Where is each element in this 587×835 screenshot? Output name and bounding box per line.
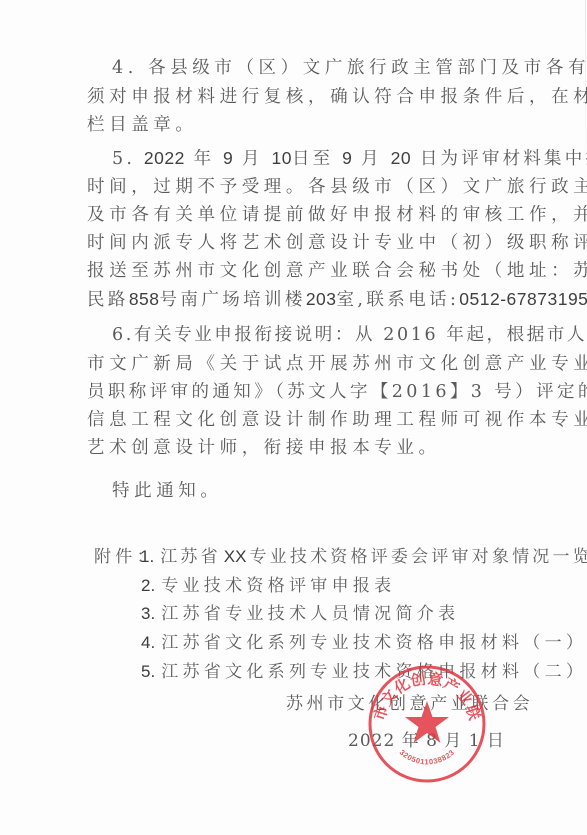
paragraph-5-number: 5.: [112, 149, 135, 169]
paragraph-6-line-2: 市文广新局《关于试点开展苏州市文化创意产业专业技术人: [87, 352, 499, 376]
paragraph-4-line-3: 栏目盖章。: [87, 113, 499, 137]
paragraph-6-line-4: 信息工程文化创意设计制作助理工程师可视作本专业四级: [87, 408, 499, 432]
attachment-item-3: 3.江苏省专业技术人员情况简介表: [141, 602, 459, 626]
paragraph-5-line-1: 5. 2022 年 9 月 10日至 9 月 20 日为评审材料集中报送: [112, 146, 524, 170]
attachment-item-5: 5.江苏省文化系列专业技术资格申报材料（二）: [141, 660, 587, 684]
paragraph-4-line-1: 4. 各县级市（区）文广旅行政主管部门及市各有关单位: [112, 56, 524, 80]
document-page: 4. 各县级市（区）文广旅行政主管部门及市各有关单位 须对申报材料进行复核，确认…: [0, 0, 587, 835]
address-number: 858: [129, 289, 160, 309]
signature-organization: 苏州市文化创意产业联合会: [286, 692, 533, 716]
paragraph-6-line-3: 员职称评审的通知》（苏文人字【2016】3 号）评定的电子: [87, 380, 499, 404]
signature-date: 2022 年 8 月 1 日: [348, 729, 505, 753]
paragraph-5-line-5: 报送至苏州市文化创意产业联合会秘书处（地址：苏州市人: [87, 259, 499, 283]
paragraph-5-line-4: 时间内派专人将艺术创意设计专业中（初）级职称评审材料: [87, 231, 499, 255]
paragraph-5-line-6: 民路858号南广场培训楼203室,联系电话:0512-67873195）。: [87, 287, 499, 311]
attachment-item-1: 1.江苏省XX专业技术资格评委会评审对象情况一览表: [140, 545, 587, 569]
paragraph-5-line-3: 及市各有关单位请提前做好申报材料的审核工作，并在上述: [87, 203, 499, 227]
paragraph-5-line-2: 时间，过期不予受理。各县级市（区）文广旅行政主管部门: [87, 175, 499, 199]
paragraph-6-line-5: 艺术创意设计师，衔接申报本专业。: [87, 436, 499, 460]
paragraph-6-line-1: 6.有关专业申报衔接说明：从 2016 年起，根据市人社局、: [112, 323, 524, 347]
phone-number: 0512-67873195: [459, 289, 587, 309]
closing-text: 特此通知。: [112, 479, 524, 503]
attachment-item-4: 4.江苏省文化系列专业技术资格申报材料（一）: [141, 631, 587, 655]
attachment-item-2: 2.专业技术资格评审申报表: [141, 574, 396, 598]
paragraph-4-line-2: 须对申报材料进行复核，确认符合申报条件后，在材料相应: [87, 85, 499, 109]
room-number: 203: [306, 289, 337, 309]
